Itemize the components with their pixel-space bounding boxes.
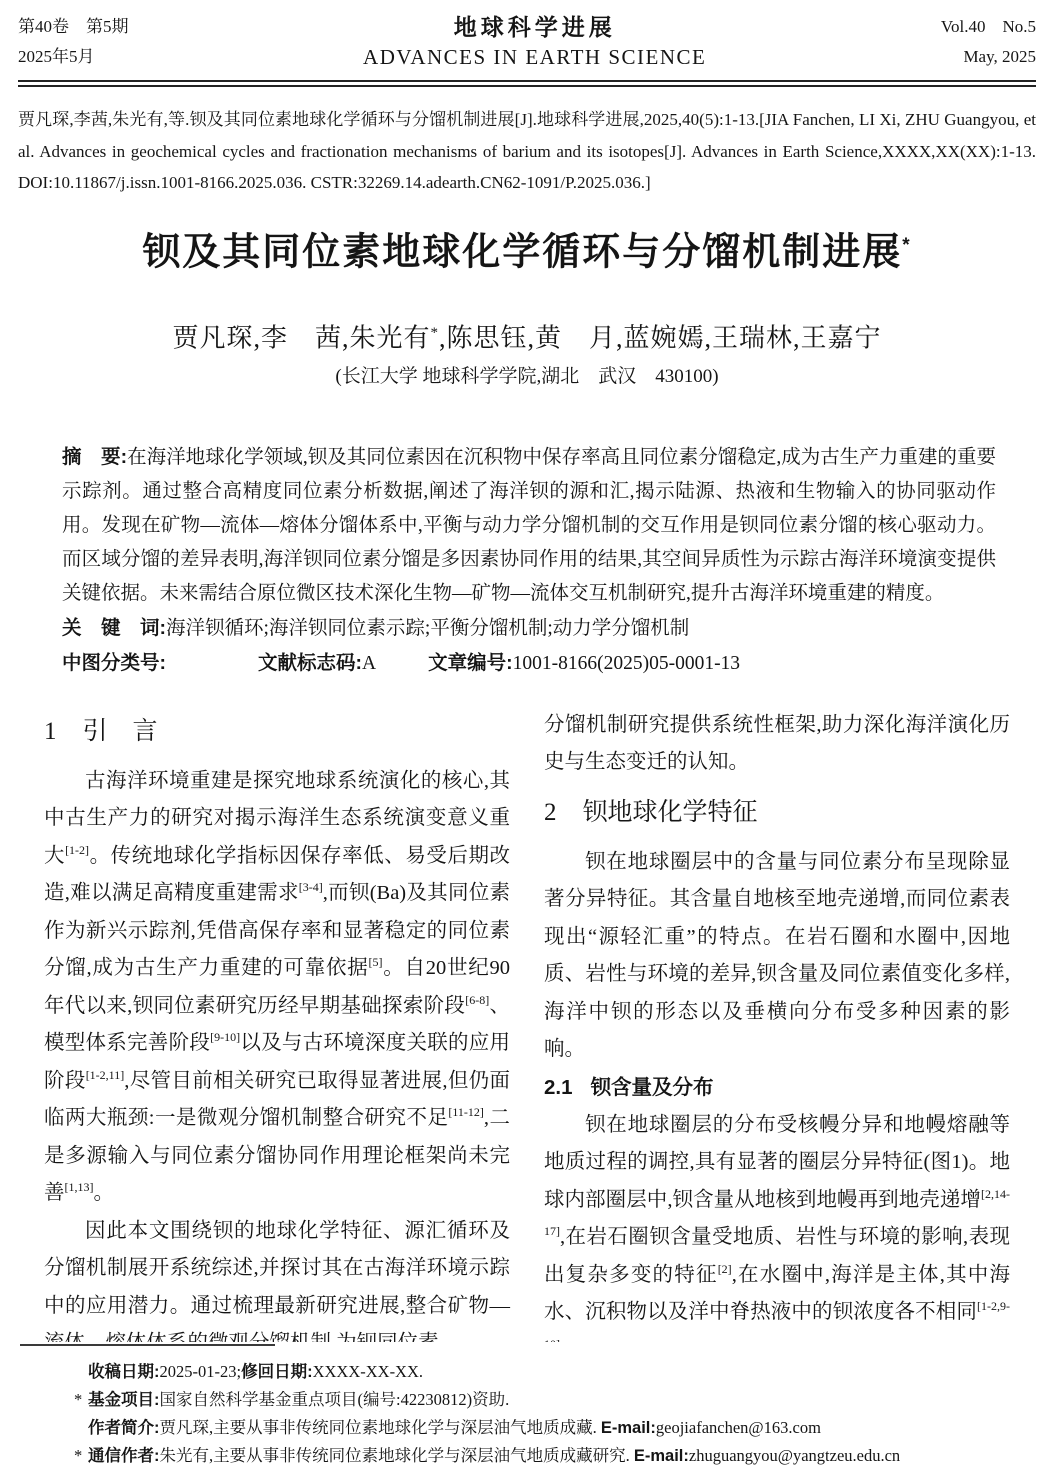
footnote-line-author: 作者简介:贾凡琛,主要从事非传统同位素地球化学与深层油气地质成藏. E-mail… <box>18 1414 1036 1442</box>
keywords-text: 海洋钡循环;海洋钡同位素示踪;平衡分馏机制;动力学分馏机制 <box>166 618 689 639</box>
footnote-corresponding-text: 通信作者:朱光有,主要从事非传统同位素地球化学与深层油气地质成藏研究. E-ma… <box>88 1446 900 1465</box>
subsection-2-1-heading: 2.1钡含量及分布 <box>544 1073 1010 1103</box>
subsection-2-1-number: 2.1 <box>544 1076 573 1099</box>
abstract-paragraph: 摘 要:在海洋地球化学领域,钡及其同位素因在沉积物中保存率高且同位素分馏稳定,成… <box>62 440 996 611</box>
section-1-title: 引 言 <box>83 718 158 745</box>
subsection-2-1-paragraph-1: 钡在地球圈层的分布受核幔分异和地幔熔融等地质过程的调控,具有显著的圈层分异特征(… <box>544 1107 1010 1370</box>
article-id-label: 文章编号: <box>428 652 513 674</box>
intro-paragraph-2-continued: 分馏机制研究提供系统性框架,助力深化海洋演化历史与生态变迁的认知。 <box>544 707 1010 782</box>
subsection-2-1-title: 钡含量及分布 <box>591 1076 714 1099</box>
title-footnote-marker: * <box>902 235 911 256</box>
article-title: 钡及其同位素地球化学循环与分馏机制进展* <box>18 221 1036 278</box>
abstract-label: 摘 要: <box>62 446 127 468</box>
body-columns: 1引 言 古海洋环境重建是探究地球系统演化的核心,其中古生产力的研究对揭示海洋生… <box>44 707 1010 1370</box>
footnote-fund-text: 基金项目:国家自然科学基金重点项目(编号:42230812)资助. <box>88 1390 509 1409</box>
pub-date-en: May, 2025 <box>941 42 1036 72</box>
classification-line: 中图分类号:文献标志码:A文章编号:1001-8166(2025)05-0001… <box>62 646 996 681</box>
citation-block: 贾凡琛,李茜,朱光有,等.钡及其同位素地球化学循环与分馏机制进展[J].地球科学… <box>18 104 1036 199</box>
pub-date-cn: 2025年5月 <box>18 42 129 72</box>
right-column: 分馏机制研究提供系统性框架,助力深化海洋演化历史与生态变迁的认知。 2钡地球化学… <box>544 707 1010 1370</box>
abstract-text: 在海洋地球化学领域,钡及其同位素因在沉积物中保存率高且同位素分馏稳定,成为古生产… <box>62 447 996 604</box>
clc-label: 中图分类号: <box>62 652 166 674</box>
header-right: Vol.40 No.5 May, 2025 <box>941 12 1036 72</box>
paper-page: 第40卷 第5期 2025年5月 地球科学进展 ADVANCES IN EART… <box>0 0 1054 1476</box>
article-title-text: 钡及其同位素地球化学循环与分馏机制进展 <box>142 231 902 273</box>
abstract-section: 摘 要:在海洋地球化学领域,钡及其同位素因在沉积物中保存率高且同位素分馏稳定,成… <box>62 440 996 681</box>
doc-code-label: 文献标志码: <box>258 652 362 674</box>
section-2-paragraph-1: 钡在地球圈层中的含量与同位素分布呈现除显著分异特征。其含量自地核至地壳递增,而同… <box>544 844 1010 1069</box>
footnote-line-corresponding: *通信作者:朱光有,主要从事非传统同位素地球化学与深层油气地质成藏研究. E-m… <box>18 1442 1036 1470</box>
intro-paragraph-2: 因此本文围绕钡的地球化学特征、源汇循环及分馏机制展开系统综述,并探讨其在古海洋环… <box>44 1213 510 1363</box>
section-2-heading: 2钡地球化学特征 <box>544 796 1010 830</box>
header-left: 第40卷 第5期 2025年5月 <box>18 12 129 72</box>
footnote-star: * <box>74 1386 82 1413</box>
footnote-section: 收稿日期:2025-01-23;修回日期:XXXX-XX-XX. *基金项目:国… <box>18 1342 1036 1470</box>
footnote-received-text: 收稿日期:2025-01-23;修回日期:XXXX-XX-XX. <box>88 1362 423 1381</box>
header-double-rule <box>18 80 1036 87</box>
journal-title-en: ADVANCES IN EARTH SCIENCE <box>129 42 941 72</box>
doc-code-value: A <box>362 653 376 674</box>
vol-issue-en: Vol.40 No.5 <box>941 12 1036 42</box>
journal-title-cn: 地球科学进展 <box>129 12 941 42</box>
intro-paragraph-1: 古海洋环境重建是探究地球系统演化的核心,其中古生产力的研究对揭示海洋生态系统演变… <box>44 763 510 1213</box>
section-2-number: 2 <box>544 799 557 826</box>
footnote-divider <box>20 1344 275 1346</box>
authors-line: 贾凡琛,李 茜,朱光有*,陈思钰,黄 月,蓝婉嫣,王瑞林,王嘉宁 <box>18 315 1036 357</box>
footnote-star: * <box>74 1442 82 1469</box>
journal-header: 第40卷 第5期 2025年5月 地球科学进展 ADVANCES IN EART… <box>18 12 1036 72</box>
section-1-number: 1 <box>44 718 57 745</box>
section-1-heading: 1引 言 <box>44 715 510 749</box>
affiliation-line: (长江大学 地球科学学院,湖北 武汉 430100) <box>18 363 1036 390</box>
section-2-title: 钡地球化学特征 <box>583 799 758 826</box>
footnote-line-received: 收稿日期:2025-01-23;修回日期:XXXX-XX-XX. <box>18 1358 1036 1386</box>
header-center: 地球科学进展 ADVANCES IN EARTH SCIENCE <box>129 12 941 72</box>
footnote-line-fund: *基金项目:国家自然科学基金重点项目(编号:42230812)资助. <box>18 1386 1036 1414</box>
vol-issue-cn: 第40卷 第5期 <box>18 12 129 42</box>
left-column: 1引 言 古海洋环境重建是探究地球系统演化的核心,其中古生产力的研究对揭示海洋生… <box>44 707 510 1370</box>
article-id-value: 1001-8166(2025)05-0001-13 <box>513 653 740 674</box>
footnote-author-text: 作者简介:贾凡琛,主要从事非传统同位素地球化学与深层油气地质成藏. E-mail… <box>88 1418 821 1437</box>
keywords-label: 关 键 词: <box>62 617 166 639</box>
keywords-line: 关 键 词:海洋钡循环;海洋钡同位素示踪;平衡分馏机制;动力学分馏机制 <box>62 611 996 646</box>
